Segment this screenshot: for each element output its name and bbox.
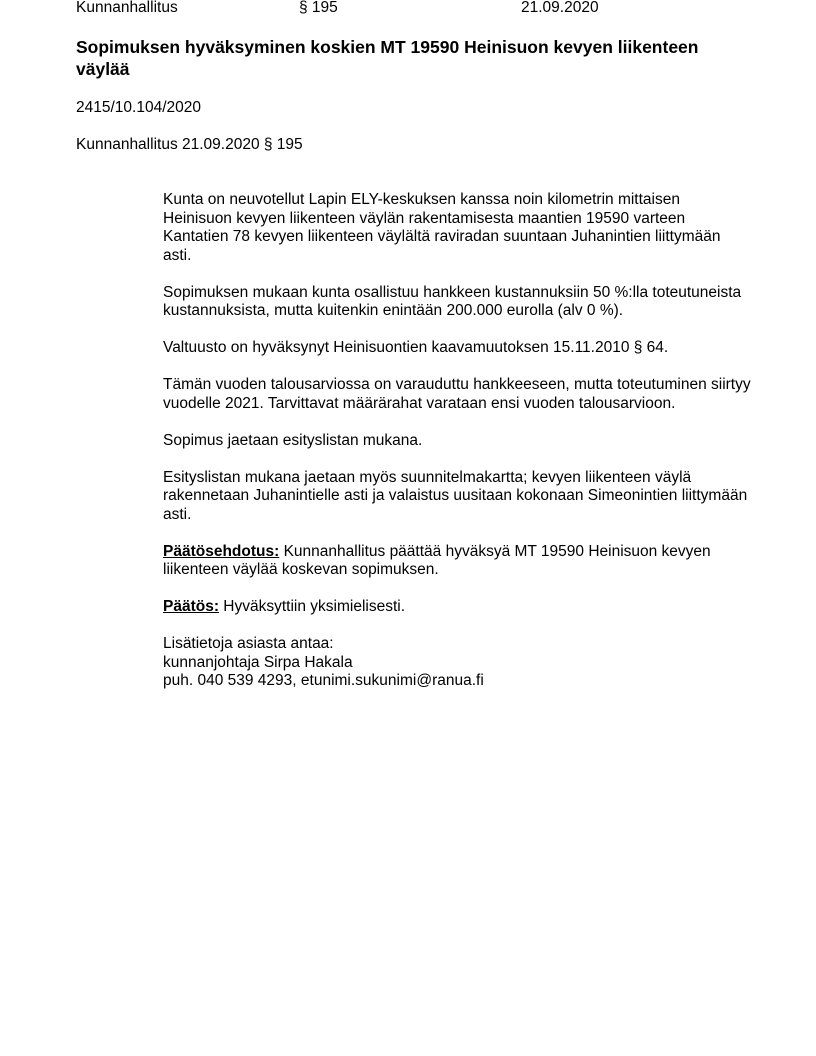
proposal: Päätösehdotus: Kunnanhallitus päättää hy…	[163, 543, 753, 580]
document-body: Kunta on neuvotellut Lapin ELY-keskuksen…	[163, 191, 753, 709]
meeting-reference: Kunnanhallitus 21.09.2020 § 195	[76, 135, 303, 155]
paragraph: Tämän vuoden talousarviossa on varaudutt…	[163, 376, 753, 413]
page-header: Kunnanhallitus § 195 21.09.2020	[0, 0, 816, 18]
header-date: 21.09.2020	[521, 0, 599, 18]
paragraph: Kunta on neuvotellut Lapin ELY-keskuksen…	[163, 191, 753, 265]
contact-info: Lisätietoja asiasta antaa: kunnanjohtaja…	[163, 635, 753, 691]
decision-text: Hyväksyttiin yksimielisesti.	[219, 598, 405, 615]
paragraph: Esityslistan mukana jaetaan myös suunnit…	[163, 469, 753, 525]
decision: Päätös: Hyväksyttiin yksimielisesti.	[163, 598, 753, 617]
paragraph: Sopimus jaetaan esityslistan mukana.	[163, 432, 753, 451]
header-body: Kunnanhallitus	[76, 0, 178, 18]
contact-details: puh. 040 539 4293, etunimi.sukunimi@ranu…	[163, 672, 484, 689]
contact-person: kunnanjohtaja Sirpa Hakala	[163, 654, 353, 671]
header-section: § 195	[299, 0, 338, 18]
paragraph: Valtuusto on hyväksynyt Heinisuontien ka…	[163, 339, 753, 358]
document-title: Sopimuksen hyväksyminen koskien MT 19590…	[76, 36, 756, 80]
proposal-label: Päätösehdotus:	[163, 543, 279, 560]
diary-number: 2415/10.104/2020	[76, 98, 201, 118]
contact-intro: Lisätietoja asiasta antaa:	[163, 635, 334, 652]
decision-label: Päätös:	[163, 598, 219, 615]
paragraph: Sopimuksen mukaan kunta osallistuu hankk…	[163, 284, 753, 321]
